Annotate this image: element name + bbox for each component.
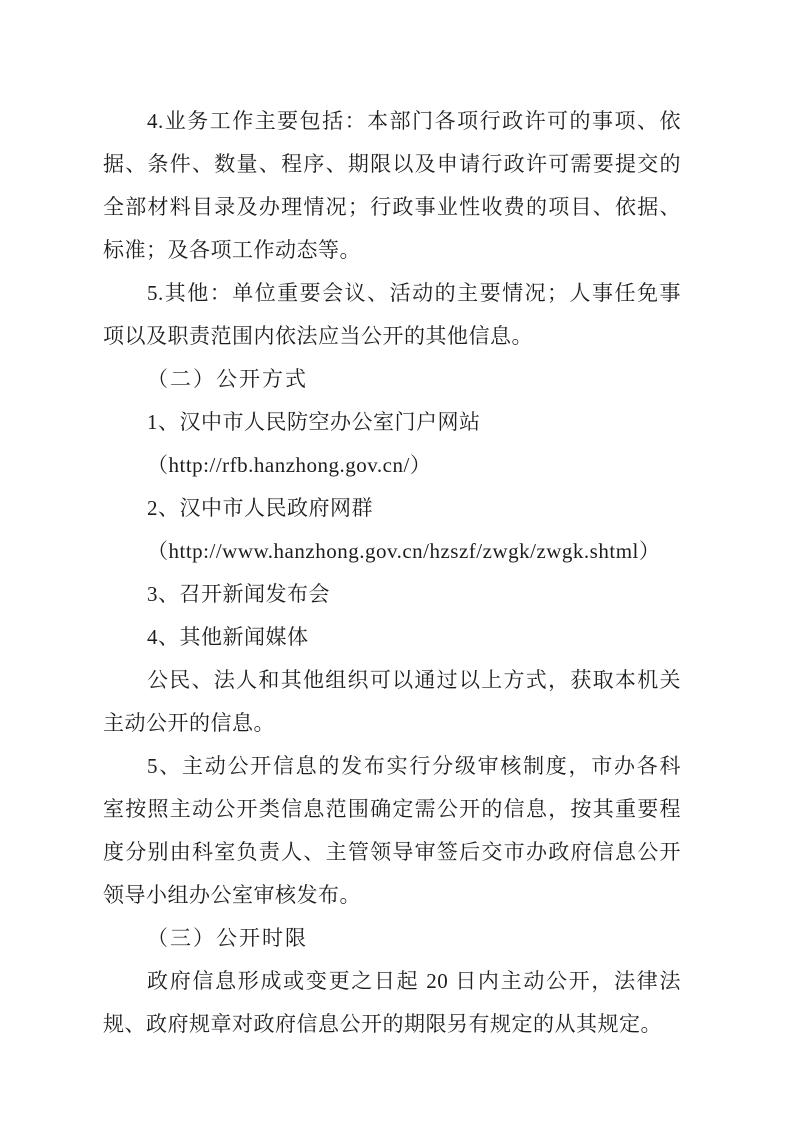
paragraph: 1、汉中市人民防空办公室门户网站 — [103, 401, 681, 444]
section-heading: （三）公开时限 — [103, 917, 681, 960]
text-line: 规、政府规章对政府信息公开的期限另有规定的从其规定。 — [103, 1003, 681, 1046]
text-line: （二）公开方式 — [103, 358, 681, 401]
paragraph: 5、主动公开信息的发布实行分级审核制度，市办各科室按照主动公开类信息范围确定需公… — [103, 745, 681, 917]
text-line: 全部材料目录及办理情况；行政事业性收费的项目、依据、 — [103, 186, 681, 229]
text-line: 领导小组办公室审核发布。 — [103, 874, 681, 917]
text-line: 4.业务工作主要包括：本部门各项行政许可的事项、依 — [103, 100, 681, 143]
text-line: （http://www.hanzhong.gov.cn/hzszf/zwgk/z… — [103, 530, 681, 573]
text-line: 据、条件、数量、程序、期限以及申请行政许可需要提交的 — [103, 143, 681, 186]
paragraph: 5.其他：单位重要会议、活动的主要情况；人事任免事项以及职责范围内依法应当公开的… — [103, 272, 681, 358]
text-line: 5、主动公开信息的发布实行分级审核制度，市办各科 — [103, 745, 681, 788]
text-line: 4、其他新闻媒体 — [103, 616, 681, 659]
text-line: 政府信息形成或变更之日起 20 日内主动公开，法律法 — [103, 960, 681, 1003]
text-line: 室按照主动公开类信息范围确定需公开的信息，按其重要程 — [103, 788, 681, 831]
document-body: 4.业务工作主要包括：本部门各项行政许可的事项、依据、条件、数量、程序、期限以及… — [103, 100, 681, 1046]
paragraph: 政府信息形成或变更之日起 20 日内主动公开，法律法规、政府规章对政府信息公开的… — [103, 960, 681, 1046]
text-line: （http://rfb.hanzhong.gov.cn/） — [103, 444, 681, 487]
paragraph: （http://rfb.hanzhong.gov.cn/） — [103, 444, 681, 487]
paragraph: 4.业务工作主要包括：本部门各项行政许可的事项、依据、条件、数量、程序、期限以及… — [103, 100, 681, 272]
text-line: 标准；及各项工作动态等。 — [103, 229, 681, 272]
text-line: 5.其他：单位重要会议、活动的主要情况；人事任免事 — [103, 272, 681, 315]
text-line: 2、汉中市人民政府网群 — [103, 487, 681, 530]
text-line: 公民、法人和其他组织可以通过以上方式，获取本机关 — [103, 659, 681, 702]
paragraph: 公民、法人和其他组织可以通过以上方式，获取本机关主动公开的信息。 — [103, 659, 681, 745]
paragraph: 2、汉中市人民政府网群 — [103, 487, 681, 530]
document-page: 4.业务工作主要包括：本部门各项行政许可的事项、依据、条件、数量、程序、期限以及… — [0, 0, 793, 1122]
paragraph: 4、其他新闻媒体 — [103, 616, 681, 659]
text-line: 主动公开的信息。 — [103, 702, 681, 745]
paragraph: （http://www.hanzhong.gov.cn/hzszf/zwgk/z… — [103, 530, 681, 573]
text-line: 3、召开新闻发布会 — [103, 573, 681, 616]
text-line: （三）公开时限 — [103, 917, 681, 960]
text-line: 1、汉中市人民防空办公室门户网站 — [103, 401, 681, 444]
text-line: 度分别由科室负责人、主管领导审签后交市办政府信息公开 — [103, 831, 681, 874]
section-heading: （二）公开方式 — [103, 358, 681, 401]
paragraph: 3、召开新闻发布会 — [103, 573, 681, 616]
text-line: 项以及职责范围内依法应当公开的其他信息。 — [103, 315, 681, 358]
